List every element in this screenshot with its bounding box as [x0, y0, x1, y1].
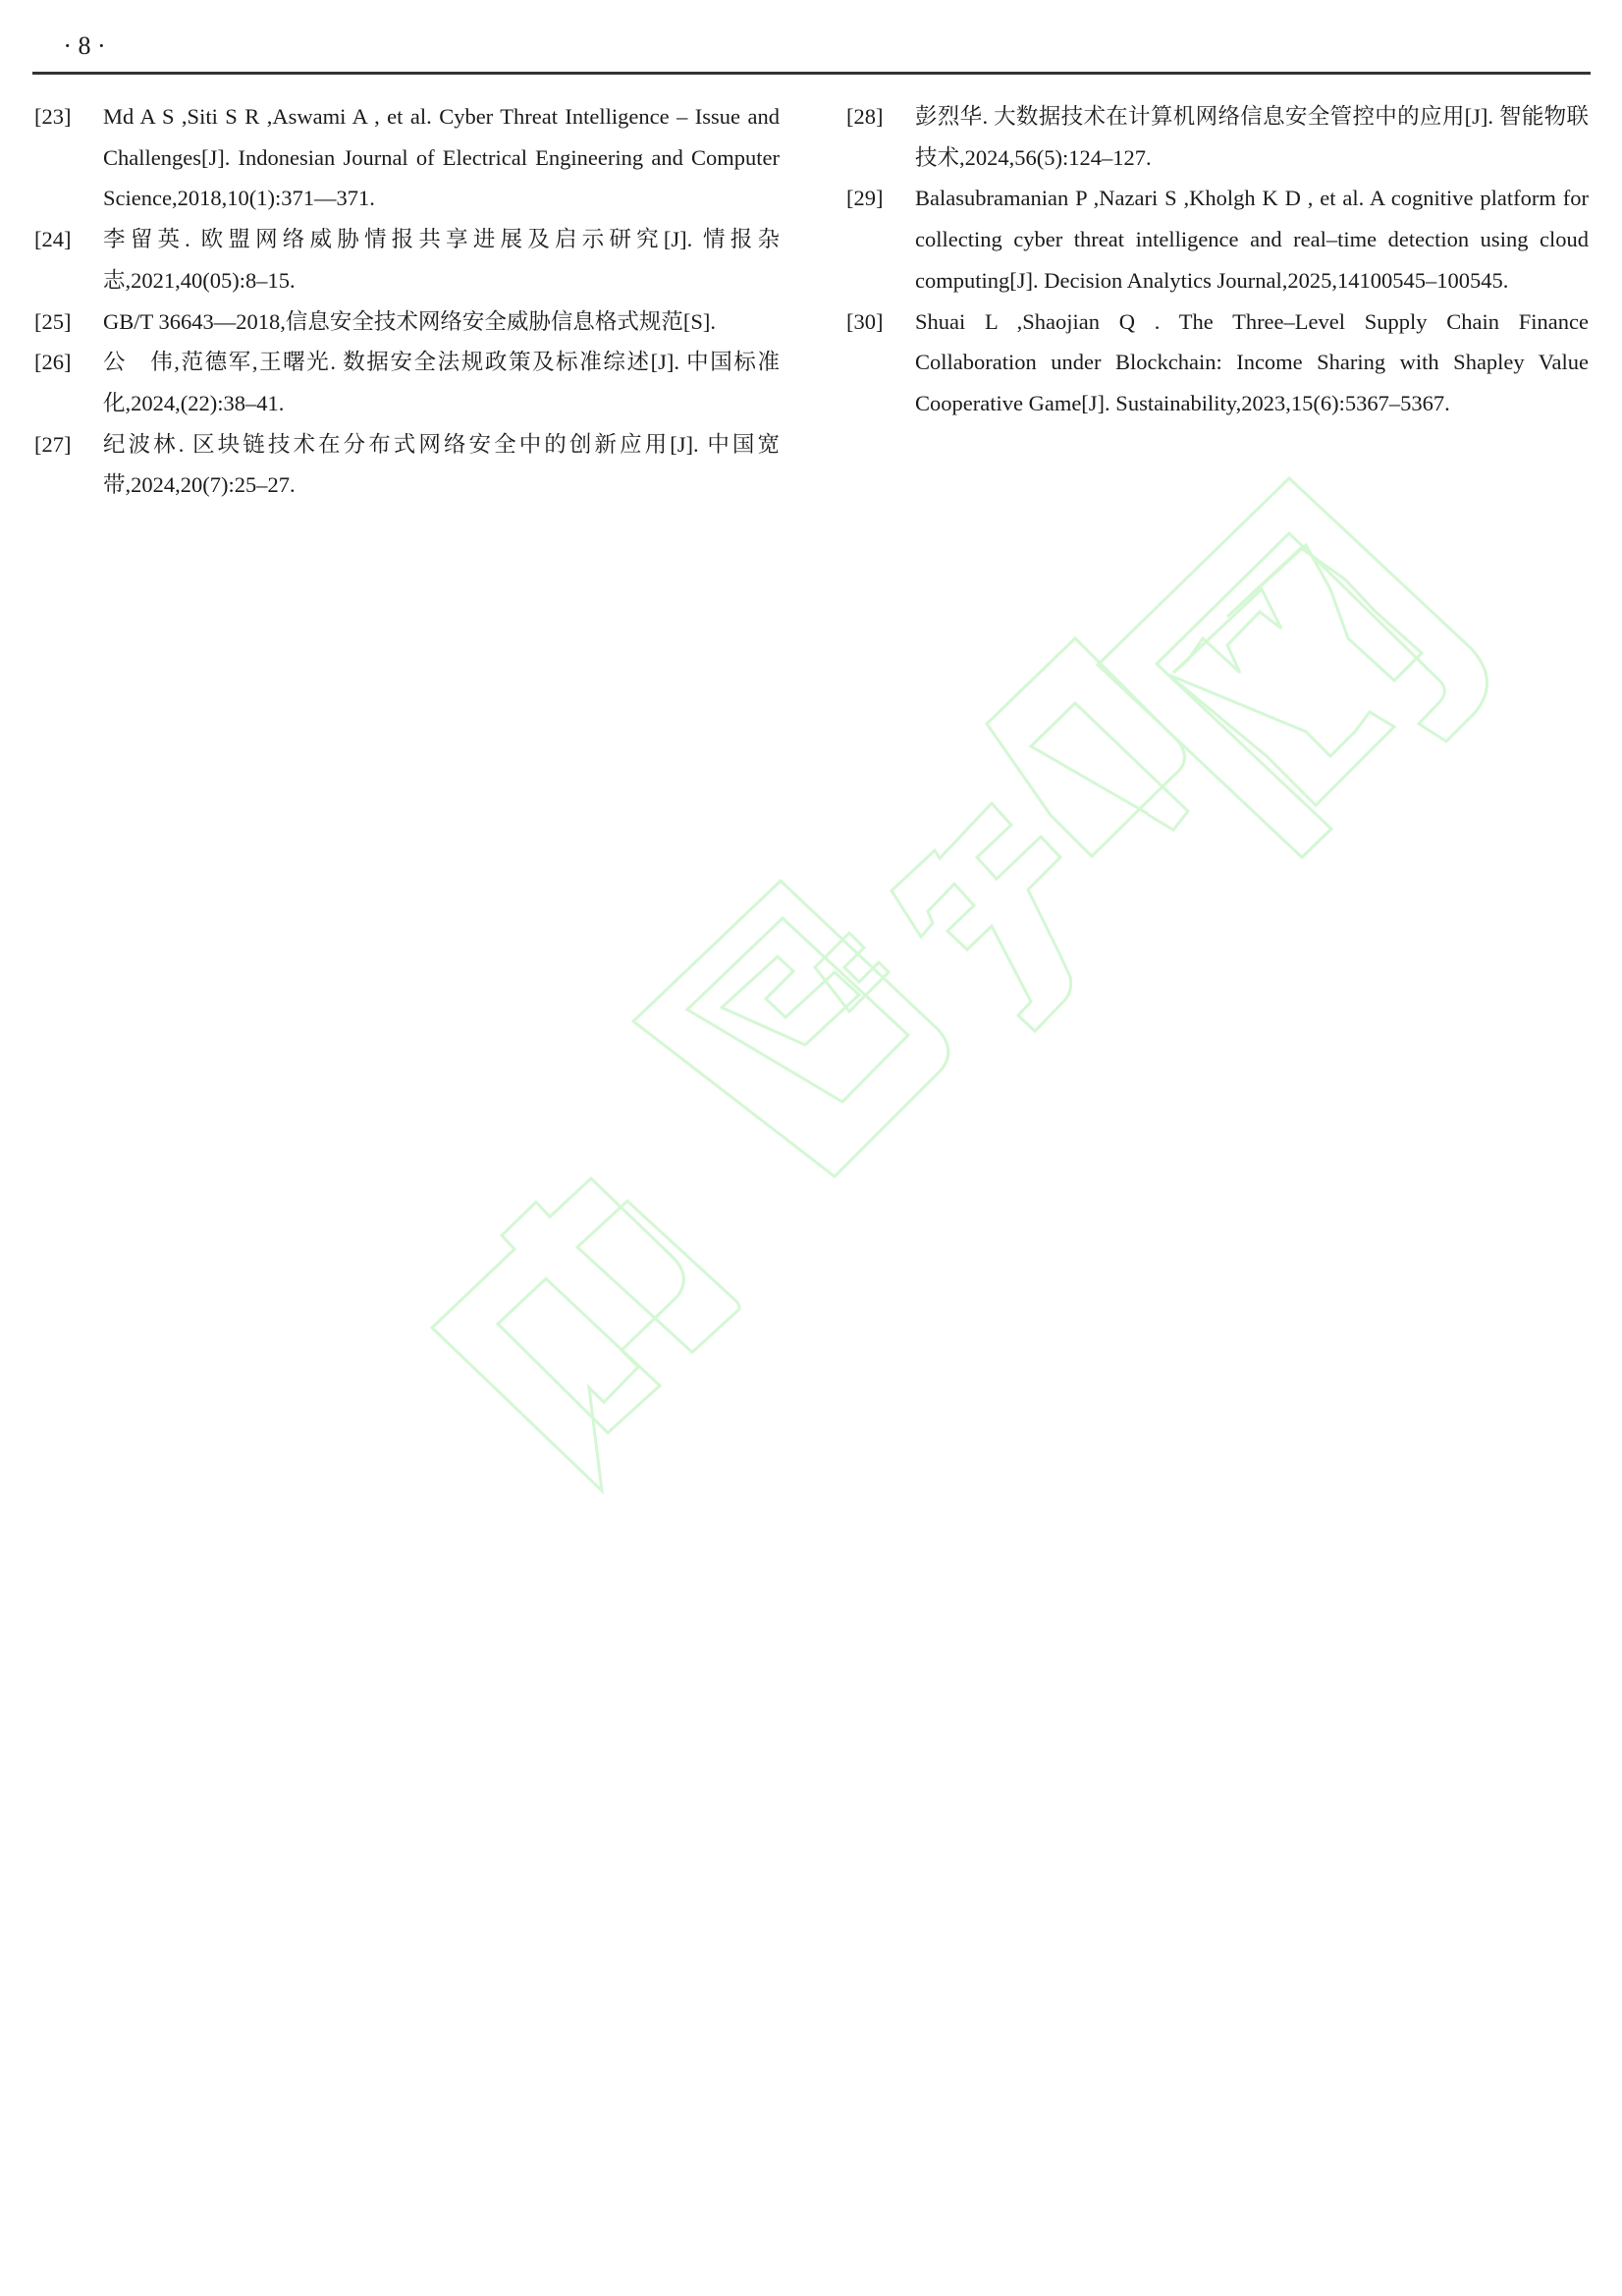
watermark-char-wang	[1098, 478, 1487, 857]
reference-label: [29]	[846, 178, 884, 219]
reference-text: 纪波林. 区块链技术在分布式网络安全中的创新应用[J]. 中国宽带,2024,2…	[103, 424, 780, 506]
reference-label: [30]	[846, 301, 884, 343]
reference-item: [27] 纪波林. 区块链技术在分布式网络安全中的创新应用[J]. 中国宽带,2…	[34, 424, 780, 506]
reference-item: [25] GB/T 36643—2018,信息安全技术网络安全威胁信息格式规范[…	[34, 301, 780, 343]
reference-text: 公 伟,范德军,王曙光. 数据安全法规政策及标准综述[J]. 中国标准化,202…	[103, 342, 780, 423]
reference-label: [24]	[34, 219, 72, 260]
references-right-column: [28] 彭烈华. 大数据技术在计算机网络信息安全管控中的应用[J]. 智能物联…	[846, 96, 1589, 424]
watermark-char-guo	[633, 881, 948, 1176]
reference-text: Md A S ,Siti S R ,Aswami A , et al. Cybe…	[103, 96, 780, 219]
reference-item: [24] 李留英. 欧盟网络威胁情报共享进展及启示研究[J]. 情报杂志,202…	[34, 219, 780, 301]
reference-item: [29] Balasubramanian P ,Nazari S ,Kholgh…	[846, 178, 1589, 301]
reference-label: [28]	[846, 96, 884, 137]
references-left-column: [23] Md A S ,Siti S R ,Aswami A , et al.…	[34, 96, 780, 506]
reference-label: [23]	[34, 96, 72, 137]
reference-text: GB/T 36643—2018,信息安全技术网络安全威胁信息格式规范[S].	[103, 301, 780, 343]
watermark-char-zhong	[432, 1178, 739, 1491]
reference-label: [27]	[34, 424, 72, 465]
reference-item: [23] Md A S ,Siti S R ,Aswami A , et al.…	[34, 96, 780, 219]
header-rule	[32, 72, 1591, 75]
reference-text: Balasubramanian P ,Nazari S ,Kholgh K D …	[915, 178, 1589, 301]
reference-label: [25]	[34, 301, 72, 343]
reference-item: [30] Shuai L ,Shaojian Q . The Three–Lev…	[846, 301, 1589, 424]
reference-item: [26] 公 伟,范德军,王曙光. 数据安全法规政策及标准综述[J]. 中国标准…	[34, 342, 780, 423]
reference-text: 彭烈华. 大数据技术在计算机网络信息安全管控中的应用[J]. 智能物联技术,20…	[915, 96, 1589, 178]
page-number: · 8 ·	[53, 29, 116, 63]
reference-text: Shuai L ,Shaojian Q . The Three–Level Su…	[915, 301, 1589, 424]
reference-text: 李留英. 欧盟网络威胁情报共享进展及启示研究[J]. 情报杂志,2021,40(…	[103, 219, 780, 301]
reference-label: [26]	[34, 342, 72, 383]
watermark-char-zhi	[892, 638, 1188, 1031]
reference-item: [28] 彭烈华. 大数据技术在计算机网络信息安全管控中的应用[J]. 智能物联…	[846, 96, 1589, 178]
